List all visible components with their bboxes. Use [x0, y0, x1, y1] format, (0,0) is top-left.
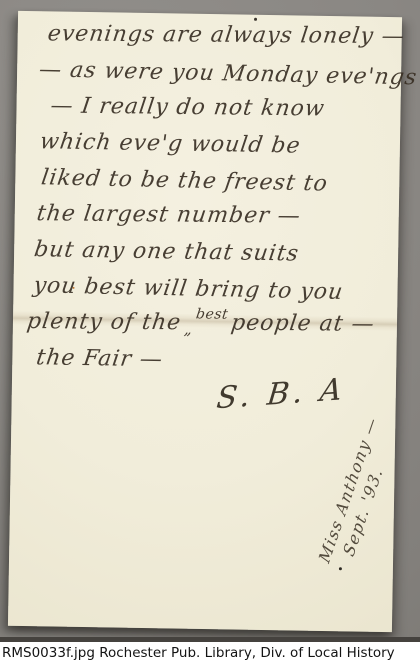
letter-line: — I really do not know	[48, 88, 399, 128]
caption-bar: RMS0033f.jpg Rochester Pub. Library, Div…	[0, 642, 420, 664]
ink-speck	[254, 18, 257, 21]
caption-text: RMS0033f.jpg Rochester Pub. Library, Div…	[0, 645, 395, 661]
letter-line: evenings are always lonely —	[45, 16, 400, 55]
letter-body-text: evenings are always lonely — — as were y…	[31, 16, 398, 422]
inserted-word: best	[194, 296, 231, 332]
letter-line-text: people at —	[229, 311, 376, 337]
letter-line: which eve'g would be	[37, 124, 398, 166]
paper-blemish	[73, 287, 75, 289]
ink-speck	[339, 567, 342, 570]
letter-line-text: plenty of the	[25, 309, 182, 335]
letter-line-with-insertion: plenty of the„bestpeople at —	[25, 304, 396, 343]
letter-line: the largest number —	[34, 196, 397, 235]
handwritten-letter-page: evenings are always lonely — — as were y…	[8, 11, 402, 632]
letter-line: but any one that suits	[32, 232, 397, 274]
archival-scan-view: evenings are always lonely — — as were y…	[0, 0, 420, 664]
